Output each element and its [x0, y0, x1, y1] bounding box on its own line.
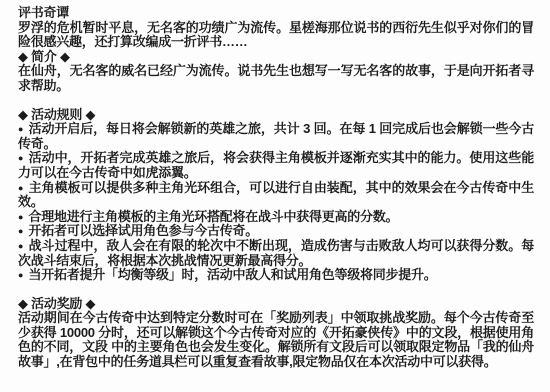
rule-item: ●战斗过程中，敌人会在有限的轮次中不断出现，造成伤害与击败敌人均可以获得分数。每… — [18, 239, 534, 268]
bullet-icon: ● — [18, 181, 23, 196]
bullet-icon: ● — [18, 268, 23, 283]
rule-item: ●合理地进行主角模板的主角光环搭配将在战斗中获得更高的分数。 — [18, 210, 534, 225]
rule-item: ●当开拓者提升「均衡等级」时，活动中敌人和试用角色等级将同步提升。 — [18, 268, 534, 283]
rule-item: ●主角模板可以提供多种主角光环组合，可以进行自由装配，其中的效果会在今古传奇中生… — [18, 181, 534, 210]
bullet-icon: ● — [18, 210, 23, 225]
rule-item-text: 开拓者可以选择试用角色参与今古传奇。 — [28, 223, 258, 238]
event-description-page: 评书奇谭 罗浮的危机暂时平息，无名客的功绩广为流传。星槎海那位说书的西衍先生似乎… — [0, 0, 550, 392]
rule-item-text: 当开拓者提升「均衡等级」时，活动中敌人和试用角色等级将同步提升。 — [28, 267, 436, 282]
page-title: 评书奇谭 — [18, 6, 534, 21]
bullet-icon: ● — [18, 224, 23, 239]
section-summary-paragraph: 在仙舟，无名客的威名已经广为流传。说书先生也想写一写无名客的故事，于是向开拓者寻… — [18, 64, 534, 93]
intro-paragraph: 罗浮的危机暂时平息，无名客的功绩广为流传。星槎海那位说书的西衍先生似乎对你们的冒… — [18, 21, 534, 50]
event-description-document: 评书奇谭 罗浮的危机暂时平息，无名客的功绩广为流传。星槎海那位说书的西衍先生似乎… — [0, 0, 550, 370]
rule-item: ●活动中，开拓者完成英雄之旅后，将会获得主角模板并逐渐充实其中的能力。使用这些能… — [18, 151, 534, 180]
section-summary-heading: ◆ 简介 ◆ — [18, 50, 534, 65]
rule-item-text: 主角模板可以提供多种主角光环组合，可以进行自由装配，其中的效果会在今古传奇中生效… — [18, 180, 534, 210]
rule-item: ●开拓者可以选择试用角色参与今古传奇。 — [18, 224, 534, 239]
rule-item-text: 活动中，开拓者完成英雄之旅后，将会获得主角模板并逐渐充实其中的能力。使用这些能力… — [18, 150, 534, 180]
section-rewards-heading: ◆ 活动奖励 ◆ — [18, 297, 534, 312]
bullet-icon: ● — [18, 151, 23, 166]
rule-item-text: 活动开启后，每日将会解锁新的英雄之旅，共计 3 回。在每 1 回完成后也会解锁一… — [18, 121, 534, 151]
bullet-icon: ● — [18, 239, 23, 254]
section-rules-heading: ◆ 活动规则 ◆ — [18, 108, 534, 123]
rule-item: ●活动开启后，每日将会解锁新的英雄之旅，共计 3 回。在每 1 回完成后也会解锁… — [18, 122, 534, 151]
rule-item-text: 合理地进行主角模板的主角光环搭配将在战斗中获得更高的分数。 — [28, 209, 398, 224]
rule-item-text: 战斗过程中，敌人会在有限的轮次中不断出现，造成伤害与击败敌人均可以获得分数。每次… — [18, 238, 534, 268]
section-rewards-paragraph: 活动期间在今古传奇中达到特定分数时可在「奖励列表」中领取挑战奖励。每个今古传奇至… — [18, 311, 534, 369]
bullet-icon: ● — [18, 122, 23, 137]
